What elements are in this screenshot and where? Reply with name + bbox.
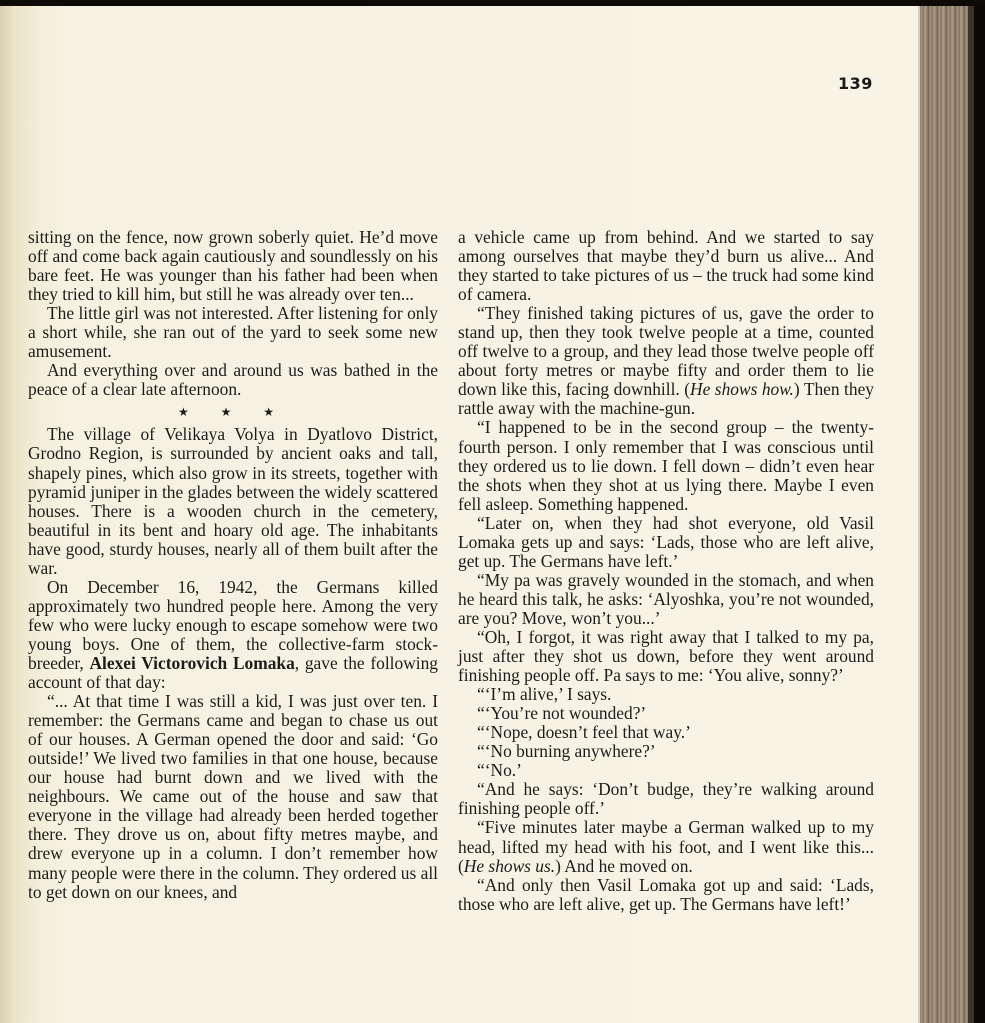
paragraph: On December 16, 1942, the Germans killed… xyxy=(28,578,438,692)
paragraph: a vehicle came up from behind. And we st… xyxy=(458,228,874,304)
section-break: ★ ★ ★ xyxy=(28,405,438,419)
person-name: Alexei Victorovich Lomaka xyxy=(90,653,295,673)
paragraph: The little girl was not interested. Afte… xyxy=(28,304,438,361)
paragraph: “I happened to be in the second group – … xyxy=(458,418,874,513)
dialogue-line: “‘Nope, doesn’t feel that way.’ xyxy=(458,723,874,742)
stage-direction: He shows how. xyxy=(690,379,794,399)
paragraph: The village of Velikaya Volya in Dyatlov… xyxy=(28,425,438,577)
text: ) And he moved on. xyxy=(555,856,693,876)
paragraph: “And only then Vasil Lomaka got up and s… xyxy=(458,876,874,914)
paragraph: And everything over and around us was ba… xyxy=(28,361,438,399)
left-column: sitting on the fence, now grown soberly … xyxy=(28,228,438,902)
paragraph: “... At that time I was still a kid, I w… xyxy=(28,692,438,902)
paragraph: “Oh, I forgot, it was right away that I … xyxy=(458,628,874,685)
dialogue-line: “‘You’re not wounded?’ xyxy=(458,704,874,723)
stage-direction: He shows us. xyxy=(464,856,555,876)
paragraph: “Five minutes later maybe a German walke… xyxy=(458,818,874,875)
dialogue-line: “‘I’m alive,’ I says. xyxy=(458,685,874,704)
dialogue-line: “‘No.’ xyxy=(458,761,874,780)
page-number: 139 xyxy=(838,74,878,93)
right-column: a vehicle came up from behind. And we st… xyxy=(458,228,874,914)
paragraph: “My pa was gravely wounded in the stomac… xyxy=(458,571,874,628)
paragraph: sitting on the fence, now grown soberly … xyxy=(28,228,438,304)
paragraph: “And he says: ‘Don’t budge, they’re walk… xyxy=(458,780,874,818)
paragraph: “Later on, when they had shot everyone, … xyxy=(458,514,874,571)
paragraph: “They finished taking pictures of us, ga… xyxy=(458,304,874,418)
book-page-edges xyxy=(918,6,968,1023)
dialogue-line: “‘No burning anywhere?’ xyxy=(458,742,874,761)
